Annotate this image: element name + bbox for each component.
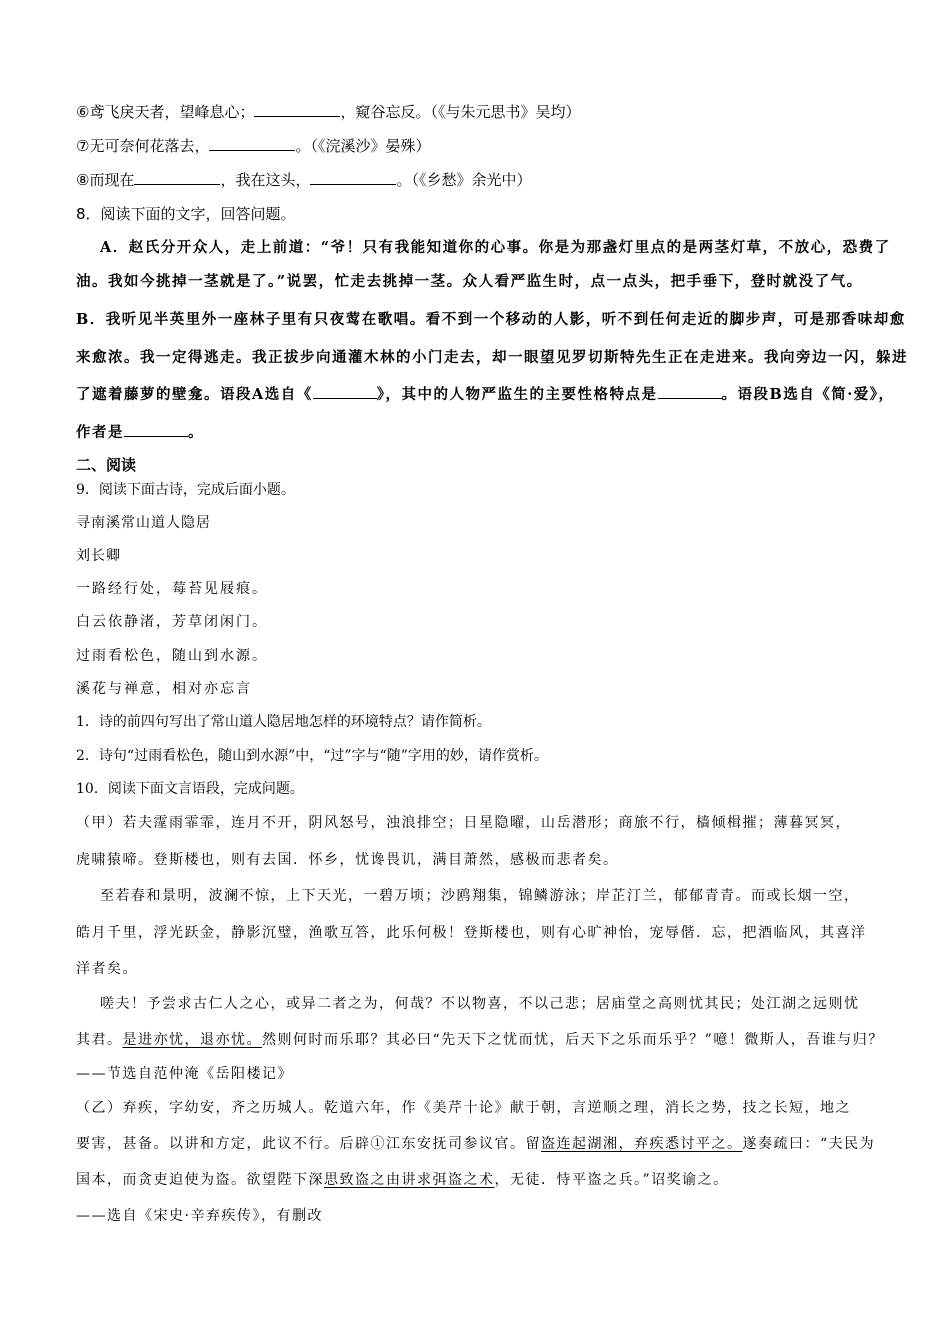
underlined-sentence: 盗连起湖湘，弃疾悉讨平之。 bbox=[541, 1136, 743, 1152]
sub-question-1: 1．诗的前四句写出了常山道人隐居地怎样的环境特点？请作简析。 bbox=[76, 712, 491, 732]
passage-jia-p2-line-3: 洋者矣。 bbox=[76, 959, 138, 979]
answer-blank[interactable] bbox=[134, 170, 220, 185]
fill-in-item-7: ⑦无可奈何花落去，。（《浣溪沙》晏殊） bbox=[76, 136, 430, 156]
passage-text: 作者是 bbox=[76, 424, 124, 441]
poem-line: 白云依静渚，芳草闭闲门。 bbox=[76, 612, 268, 632]
passage-yi-line-1: （乙）弃疾，字幼安，齐之历城人。乾道六年，作《美芹十论》献于朝，言逆顺之理，消长… bbox=[76, 1098, 851, 1118]
answer-blank-character-trait[interactable] bbox=[658, 384, 722, 399]
passage-text: 国本，而贪吏迫使为盗。欲望陛下深 bbox=[76, 1172, 324, 1188]
passage-a-line-1: A．赵氏分开众人，走上前道：“爷！只有我能知道你的心事。你是为那盏灯里点的是两茎… bbox=[100, 238, 891, 258]
passage-text: ，无徒．恃平盗之兵。”诏奖谕之。 bbox=[495, 1172, 729, 1188]
passage-text: 其君。 bbox=[76, 1032, 123, 1048]
passage-text: 然则何时而乐耶？其必曰“先天下之忧而忧，后天下之乐而乐乎？”噫！微斯人，吾谁与归… bbox=[262, 1032, 884, 1048]
item-text: 鸢飞戾天者，望峰息心； bbox=[89, 103, 254, 121]
passage-text: 遂奏疏曰：“夫民为 bbox=[743, 1136, 876, 1152]
item-text: ，窥谷忘反。（《与朱元思书》吴均） bbox=[340, 103, 580, 121]
passage-a-line-2: 油。我如今挑掉一茎就是了。”说罢，忙走去挑掉一茎。众人看严监生时，点一点头，把手… bbox=[76, 272, 863, 292]
poem-title: 寻南溪常山道人隐居 bbox=[76, 513, 211, 533]
item-text: 。（《乡愁》余光中） bbox=[396, 171, 531, 189]
passage-jia-p2-line-1: 至若春和景明，波澜不惊，上下天光，一碧万顷；沙鸥翔集，锦鳞游泳；岸芷汀兰，郁郁青… bbox=[100, 886, 860, 906]
item-text: 而现在 bbox=[89, 171, 134, 189]
passage-jia-p3-line-1: 嗟夫！予尝求古仁人之心，或异二者之为，何哉？不以物喜，不以己悲；居庙堂之高则忧其… bbox=[100, 994, 860, 1014]
answer-blank-author[interactable] bbox=[124, 422, 188, 437]
answer-blank[interactable] bbox=[254, 102, 340, 117]
document-page: ⑥鸢飞戾天者，望峰息心；，窥谷忘反。（《与朱元思书》吴均） ⑦无可奈何花落去，。… bbox=[0, 0, 950, 1344]
answer-blank[interactable] bbox=[209, 136, 295, 151]
passage-jia-p2-line-2: 皓月千里，浮光跃金，静影沉璧，渔歌互答，此乐何极！登斯楼也，则有心旷神怡，宠辱偕… bbox=[76, 923, 867, 943]
passage-text: 了遮着藤萝的壁龛。语段A选自《 bbox=[76, 386, 313, 403]
question-10-title: 10．阅读下面文言语段，完成问题。 bbox=[76, 779, 304, 799]
passage-b-line-1: B．我听见半英里外一座林子里有只夜莺在歌唱。看不到一个移动的人影，听不到任何走近… bbox=[76, 310, 906, 330]
item-number: ⑦ bbox=[76, 137, 89, 155]
passage-text: 。 bbox=[188, 424, 204, 441]
question-9-title: 9．阅读下面古诗，完成后面小题。 bbox=[76, 480, 295, 500]
item-number: ⑥ bbox=[76, 103, 89, 121]
passage-yi-line-2: 要害，甚备。以讲和方定，此议不行。后辟①江东安抚司参议官。留盗连起湖湘，弃疾悉讨… bbox=[76, 1134, 875, 1154]
poem-line: 一路经行处，莓苔见屐痕。 bbox=[76, 579, 268, 599]
passage-text: 。语段B选自《简·爱》， bbox=[722, 386, 895, 403]
answer-blank-book-title[interactable] bbox=[313, 384, 377, 399]
passage-text: 》，其中的人物严监生的主要性格特点是 bbox=[377, 386, 658, 403]
passage-jia-source: ——节选自范仲淹《岳阳楼记》 bbox=[76, 1064, 293, 1084]
item-text: 无可奈何花落去， bbox=[89, 137, 209, 155]
passage-text: 要害，甚备。以讲和方定，此议不行。后辟①江东安抚司参议官。留 bbox=[76, 1136, 541, 1152]
question-8-title: 8．阅读下面的文字，回答问题。 bbox=[76, 204, 296, 224]
poem-line: 过雨看松色，随山到水源。 bbox=[76, 646, 268, 666]
section-heading: 二、阅读 bbox=[76, 455, 136, 475]
passage-yi-line-3: 国本，而贪吏迫使为盗。欲望陛下深思致盗之由讲求弭盗之术，无徒．恃平盗之兵。”诏奖… bbox=[76, 1170, 729, 1190]
poem-line: 溪花与禅意，相对亦忘言 bbox=[76, 679, 252, 699]
underlined-sentence: 是进亦忧，退亦忧。 bbox=[123, 1032, 263, 1048]
fill-in-item-6: ⑥鸢飞戾天者，望峰息心；，窥谷忘反。（《与朱元思书》吴均） bbox=[76, 102, 580, 122]
passage-b-line-4: 作者是。 bbox=[76, 422, 204, 443]
passage-jia-p1-line-2: 虎啸猿啼。登斯楼也，则有去国．怀乡，忧谗畏讥，满目萧然，感极而悲者矣。 bbox=[76, 850, 619, 870]
poem-author: 刘长卿 bbox=[76, 546, 121, 566]
passage-b-line-3: 了遮着藤萝的壁龛。语段A选自《》，其中的人物严监生的主要性格特点是。语段B选自《… bbox=[76, 384, 895, 405]
answer-blank[interactable] bbox=[310, 170, 396, 185]
passage-jia-p1-line-1: （甲）若夫霪雨霏霏，连月不开，阴风怒号，浊浪排空；日星隐曜，山岳潜形；商旅不行，… bbox=[76, 813, 851, 833]
passage-jia-p3-line-2: 其君。是进亦忧，退亦忧。然则何时而乐耶？其必曰“先天下之忧而忧，后天下之乐而乐乎… bbox=[76, 1030, 884, 1050]
passage-yi-source: ——选自《宋史·辛弃疾传》，有删改 bbox=[76, 1206, 323, 1226]
sub-question-2: 2．诗句“过雨看松色，随山到水源”中，“过”字与“随”字用的妙，请作赏析。 bbox=[76, 746, 548, 766]
fill-in-item-8: ⑧而现在，我在这头，。（《乡愁》余光中） bbox=[76, 170, 532, 190]
item-text: 。（《浣溪沙》晏殊） bbox=[295, 137, 430, 155]
underlined-phrase: 思致盗之由讲求弭盗之术 bbox=[324, 1172, 495, 1188]
item-number: ⑧ bbox=[76, 171, 89, 189]
passage-b-line-2: 来愈浓。我一定得逃走。我正拔步向通灌木林的小门走去，却一眼望见罗切斯特先生正在走… bbox=[76, 348, 908, 368]
item-text: ，我在这头， bbox=[220, 171, 310, 189]
